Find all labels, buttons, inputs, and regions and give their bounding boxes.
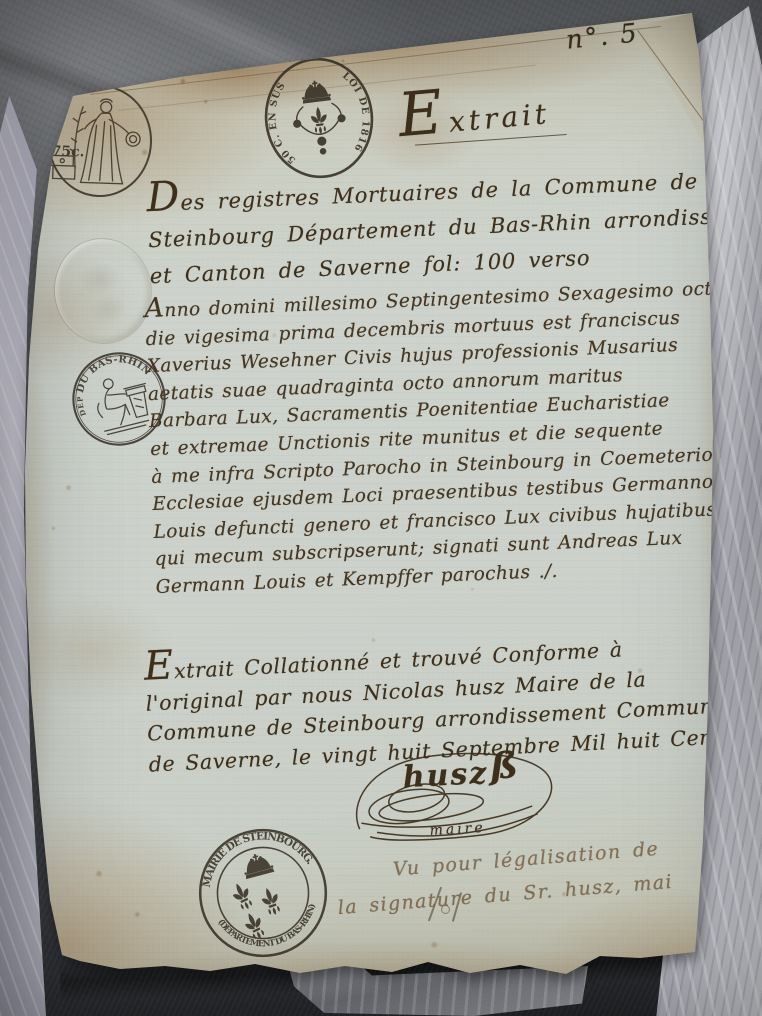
photo-scene: n°. 5 75c. xyxy=(0,0,762,1016)
signature-title: maire xyxy=(429,820,486,839)
corner-fold-crease xyxy=(637,30,704,121)
register-header: Des registres Mortuaires de la Commune d… xyxy=(146,155,762,294)
title-block: Extrait xyxy=(395,67,566,148)
crown-tax-stamp: 50 C. EN SUS LOI DE 1816 xyxy=(253,47,386,188)
svg-text:LOI DE 1816: LOI DE 1816 xyxy=(339,68,375,155)
document-page: n°. 5 75c. xyxy=(0,0,762,1016)
document-title: Extrait xyxy=(395,67,566,151)
signature-name: husz xyxy=(402,756,489,795)
stamp-denomination: 75c. xyxy=(51,143,84,160)
latin-act-paragraph: Anno domini millesimo Septingentesimo Se… xyxy=(144,274,757,601)
stamp-arc-text-right: LOI DE 1816 xyxy=(339,68,375,155)
mairie-stamp: MAIRIE DE STEINBOURG. (DÉPARTEMENT DU BA… xyxy=(184,814,341,971)
signature-paraph: ß xyxy=(489,744,519,787)
page-number-annotation: n°. 5 xyxy=(565,18,641,55)
embossed-stamp xyxy=(47,232,159,351)
document-wrap: n°. 5 75c. xyxy=(0,0,762,1016)
revenue-stamp-75c: 75c. xyxy=(42,78,158,204)
mayor-signature: husz ß maire xyxy=(327,740,564,858)
folded-corner xyxy=(628,8,714,160)
